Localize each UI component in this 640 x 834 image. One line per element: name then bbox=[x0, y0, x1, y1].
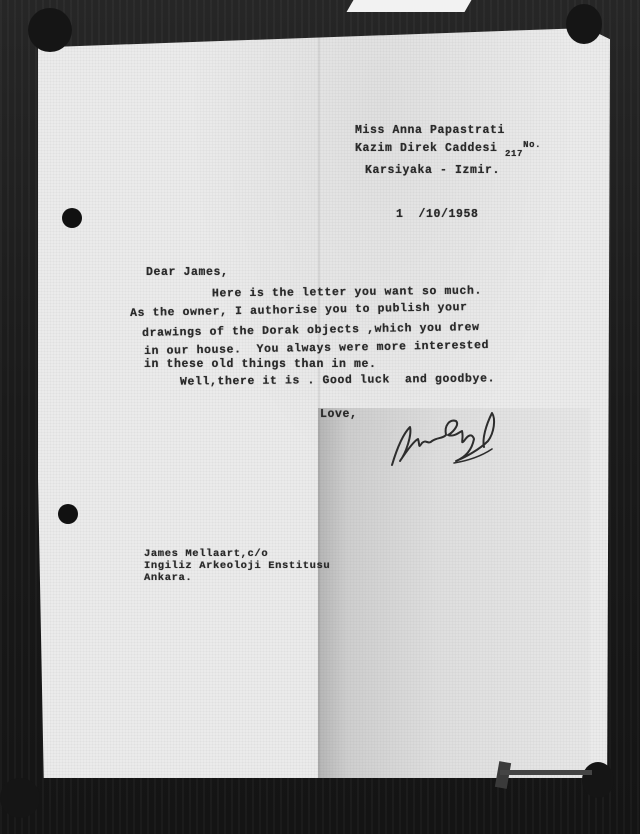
salutation: Dear James, bbox=[146, 264, 229, 281]
sender-name: Miss Anna Papastrati bbox=[355, 122, 505, 139]
body-line-6: Well,there it is . Good luck and goodbye… bbox=[180, 370, 495, 390]
mount-corner-top-left bbox=[28, 8, 72, 52]
mount-corner-top-right bbox=[566, 4, 602, 44]
sender-street: Kazim Direk Caddesi 217No. bbox=[355, 140, 541, 158]
body-line-5: in these old things than in me. bbox=[144, 356, 377, 373]
street-number: 217 bbox=[505, 149, 523, 159]
handwritten-signature-icon bbox=[388, 405, 503, 475]
apartment-label: No. bbox=[523, 140, 541, 150]
mount-corner-bottom-right bbox=[582, 762, 614, 798]
paper-strip bbox=[347, 0, 472, 12]
recipient-line-3: Ankara. bbox=[144, 570, 192, 587]
street-name: Kazim Direk Caddesi bbox=[355, 142, 498, 155]
sender-city: Karsiyaka - Izmir. bbox=[365, 162, 500, 179]
mount-corner-bottom-left bbox=[0, 778, 40, 818]
punch-hole-bottom bbox=[58, 504, 78, 524]
closing: Love, bbox=[320, 406, 358, 423]
letter-date: 1 /10/1958 bbox=[396, 206, 479, 223]
clip-bar bbox=[500, 770, 592, 775]
punch-hole-top bbox=[62, 208, 82, 228]
